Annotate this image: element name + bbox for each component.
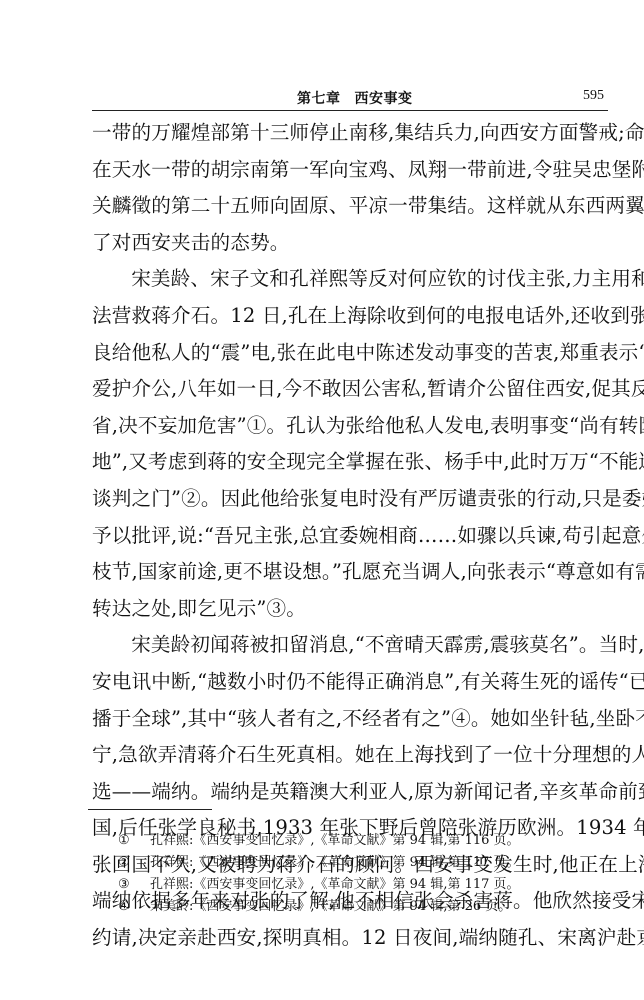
text-line: 谈判之门”②。因此他给张复电时没有严厉谴责张的行动,只是委婉地 [92,481,608,518]
text-line: 选——端纳。端纳是英籍澳大利亚人,原为新闻记者,辛亥革命前到中 [92,774,608,811]
page-header: 第七章西安事变 595 [92,84,608,111]
footnote: ④ 宋美龄:《西安事变回忆录》,《革命文献》第 94 辑,第 26 页。 [118,896,568,918]
text-line: 约请,决定亲赴西安,探明真相。12 日夜间,端纳随孔、宋离沪赴京。 [92,920,608,957]
text-line: 地”,又考虑到蒋的安全现完全掌握在张、杨手中,此时万万“不能遽闭 [92,444,608,481]
footnote-text: 孔祥熙:《西安事变回忆录》,《革命文献》第 94 辑,第 116 页。 [150,830,520,852]
text-line: 法营救蒋介石。12 日,孔在上海除收到何的电报电话外,还收到张学 [92,298,608,335]
footnote-text: 宋美龄:《西安事变回忆录》,《革命文献》第 94 辑,第 26 页。 [150,896,511,918]
page-number: 595 [583,88,604,104]
footnote: ② 孔祥熙:《西安事变回忆录》,《革命文献》第 94 辑,第 117 页。 [118,852,568,874]
text-line: 爱护介公,八年如一日,今不敢因公害私,暂请介公留住西安,促其反 [92,371,608,408]
text-line: 宋美龄初闻蒋被扣留消息,“不啻晴天霹雳,震骇莫名”。当时,西 [92,627,608,664]
text-line: 良给他私人的“震”电,张在此电中陈述发动事变的苦衷,郑重表示“弟 [92,335,608,372]
text-line: 予以批评,说:“吾兄主张,总宜委婉相商……如骤以兵谏,苟引起意外 [92,518,608,555]
text-line: 一带的万耀煌部第十三师停止南移,集结兵力,向西安方面警戒;命令 [92,115,608,152]
footnote-marker: ① [118,830,150,852]
footnote-text: 孔祥熙:《西安事变回忆录》,《革命文献》第 94 辑,第 117 页。 [150,852,520,874]
footnote-marker: ③ [118,874,150,896]
chapter-title: 西安事变 [355,91,413,107]
text-line: 关麟徵的第二十五师向固原、平凉一带集结。这样就从东西两翼形成 [92,188,608,225]
text-line: 转达之处,即乞见示”③。 [92,591,608,628]
paragraph: 一带的万耀煌部第十三师停止南移,集结兵力,向西安方面警戒;命令 在天水一带的胡宗… [92,115,608,261]
text-line: 枝节,国家前途,更不堪设想。”孔愿充当调人,向张表示“尊意如有需弟 [92,554,608,591]
text-line: 省,决不妄加危害”①。孔认为张给他私人发电,表明事变“尚有转圜余 [92,408,608,445]
footnote-marker: ④ [118,896,150,918]
text-line: 宋美龄、宋子文和孔祥熙等反对何应钦的讨伐主张,力主用和平方 [92,261,608,298]
paragraph: 宋美龄、宋子文和孔祥熙等反对何应钦的讨伐主张,力主用和平方 法营救蒋介石。12 … [92,261,608,627]
text-line: 在天水一带的胡宗南第一军向宝鸡、凤翔一带前进,令驻吴忠堡附近的 [92,152,608,189]
running-head: 第七章西安事变 [297,88,413,108]
text-line: 播于全球”,其中“骇人者有之,不经者有之”④。她如坐针毡,坐卧不 [92,701,608,738]
text-line: 宁,急欲弄清蒋介石生死真相。她在上海找到了一位十分理想的人 [92,737,608,774]
footnote: ① 孔祥熙:《西安事变回忆录》,《革命文献》第 94 辑,第 116 页。 [118,830,568,852]
footnote-text: 孔祥熙:《西安事变回忆录》,《革命文献》第 94 辑,第 117 页。 [150,874,520,896]
text-line: 了对西安夹击的态势。 [92,225,608,262]
text-line: 安电讯中断,“越数小时仍不能得正确消息”,有关蒋生死的谣传“已传 [92,664,608,701]
chapter-number: 第七章 [297,91,341,107]
footnote: ③ 孔祥熙:《西安事变回忆录》,《革命文献》第 94 辑,第 117 页。 [118,874,568,896]
footnotes: ① 孔祥熙:《西安事变回忆录》,《革命文献》第 94 辑,第 116 页。 ② … [118,830,568,918]
footnote-marker: ② [118,852,150,874]
footnote-divider [88,809,212,810]
